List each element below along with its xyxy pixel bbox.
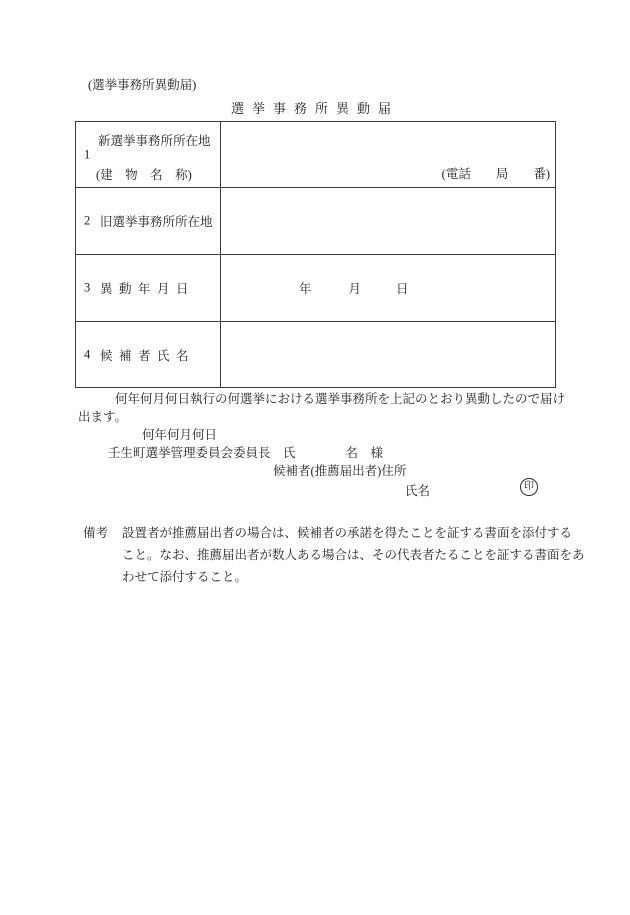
- form-reference-label: (選挙事務所異動届): [88, 75, 196, 93]
- remarks-line-2: こと。なお、推薦届出者が数人ある場合は、その代表者たることを証する書面をあ: [122, 545, 585, 563]
- row2-label-cell: 2 旧選挙事務所所在地: [76, 188, 221, 254]
- month-unit-label: 月: [349, 279, 362, 297]
- row1-entry-area: (電話 局 番): [221, 122, 555, 187]
- row1-label-line1: 新選挙事務所所在地: [98, 131, 211, 149]
- row4-label-cell: 4 候補者氏名: [76, 322, 221, 387]
- row4-label: 候補者氏名: [100, 346, 195, 364]
- addressee-line: 壬生町選挙管理委員会委員長 氏 名 様: [108, 443, 383, 461]
- remarks-line-3: わせて添付すること。: [122, 567, 247, 585]
- row3-label: 異動年月日: [100, 279, 195, 297]
- submission-date-line: 何年何月何日: [142, 425, 217, 443]
- table-row-candidate-name: 4 候補者氏名: [76, 321, 555, 387]
- table-row-old-office-location: 2 旧選挙事務所所在地: [76, 187, 555, 254]
- remarks-line-1: 設置者が推薦届出者の場合は、候補者の承諾を得たことを証する書面を添付する: [122, 523, 572, 541]
- row3-entry-area: 年 月 日: [221, 255, 555, 321]
- seal-icon: 印: [520, 478, 538, 496]
- row1-label-line2: (建 物 名 称): [96, 165, 192, 183]
- year-unit-label: 年: [299, 279, 312, 297]
- statement-line-1: 何年何月何日執行の何選挙における選挙事務所を上記のとおり異動したので届け: [115, 389, 565, 407]
- form-table: 1 新選挙事務所所在地 (建 物 名 称) (電話 局 番) 2 旧選挙事務所所…: [75, 121, 556, 388]
- remarks-heading: 備考: [83, 523, 108, 541]
- row1-number: 1: [84, 147, 90, 162]
- candidate-address-label: 候補者(推薦届出者)住所: [273, 461, 406, 479]
- table-row-change-date: 3 異動年月日 年 月 日: [76, 254, 555, 321]
- row1-label-cell: 1 新選挙事務所所在地 (建 物 名 称): [76, 122, 221, 187]
- row2-label: 旧選挙事務所所在地: [100, 212, 213, 230]
- row4-number: 4: [84, 347, 90, 362]
- day-unit-label: 日: [396, 279, 409, 297]
- statement-line-2: 出ます。: [78, 407, 127, 425]
- form-title: 選挙事務所異動届: [0, 98, 630, 117]
- table-row-new-office-location: 1 新選挙事務所所在地 (建 物 名 称) (電話 局 番): [76, 122, 555, 187]
- phone-number-label: (電話 局 番): [442, 164, 550, 182]
- row2-entry-area: [221, 188, 555, 254]
- seal-character: 印: [524, 482, 534, 492]
- row3-label-cell: 3 異動年月日: [76, 255, 221, 321]
- document-page: (選挙事務所異動届) 選挙事務所異動届 1 新選挙事務所所在地 (建 物 名 称…: [0, 0, 630, 915]
- candidate-name-label: 氏名: [405, 481, 430, 499]
- row3-number: 3: [84, 281, 90, 296]
- row4-entry-area: [221, 322, 555, 387]
- row2-number: 2: [84, 214, 90, 229]
